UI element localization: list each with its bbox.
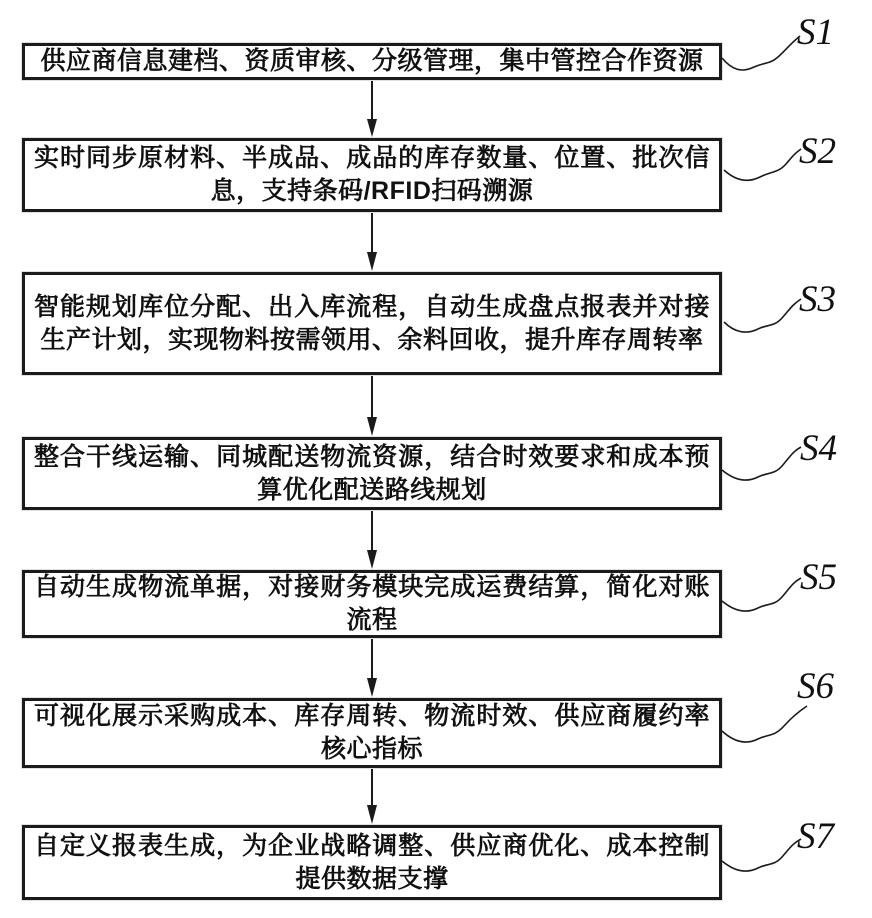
- step-label-s6: S6: [797, 668, 834, 705]
- step-text-s4: 整合干线运输、同城配送物流资源，结合时效要求和成本预算优化配送路线规划: [34, 441, 710, 507]
- step-text-s3: 智能规划库位分配、出入库流程，自动生成盘点报表并对接生产计划，实现物料按需领用、…: [34, 291, 710, 357]
- step-label-s2: S2: [799, 133, 836, 170]
- step-label-s5: S5: [800, 559, 837, 596]
- down-arrow-icon-2: [367, 213, 377, 271]
- step-label-s1: S1: [797, 14, 834, 51]
- step-box-s5: 自动生成物流单据，对接财务模块完成运费结算，简化对账流程: [22, 570, 722, 638]
- step-text-s6: 可视化展示采购成本、库存周转、物流时效、供应商履约率核心指标: [34, 700, 710, 766]
- flowchart-figure: 供应商信息建档、资质审核、分级管理，集中管控合作资源 实时同步原材料、半成品、成…: [0, 0, 872, 918]
- down-arrow-icon-5: [367, 639, 377, 697]
- leader-line-s3: [724, 299, 801, 332]
- leader-line-s7: [722, 839, 801, 871]
- step-text-s7: 自定义报表生成，为企业战略调整、供应商优化、成本控制提供数据支撑: [34, 830, 710, 896]
- step-box-s4: 整合干线运输、同城配送物流资源，结合时效要求和成本预算优化配送路线规划: [22, 437, 722, 510]
- leader-line-s4: [722, 447, 801, 480]
- down-arrow-icon-3: [367, 376, 377, 436]
- leader-line-s6: [722, 706, 807, 742]
- down-arrow-icon-6: [367, 769, 377, 824]
- leader-line-s2: [724, 149, 801, 180]
- step-box-s1: 供应商信息建档、资质审核、分级管理，集中管控合作资源: [22, 43, 722, 80]
- step-box-s2: 实时同步原材料、半成品、成品的库存数量、位置、批次信息，支持条码/RFID扫码溯…: [22, 138, 722, 212]
- step-text-s5: 自动生成物流单据，对接财务模块完成运费结算，简化对账流程: [34, 571, 710, 637]
- down-arrow-icon-4: [367, 511, 377, 569]
- step-box-s7: 自定义报表生成，为企业战略调整、供应商优化、成本控制提供数据支撑: [22, 825, 722, 900]
- step-label-s7: S7: [797, 818, 834, 855]
- down-arrow-icon-1: [367, 81, 377, 137]
- leader-line-s1: [722, 36, 800, 70]
- step-label-s4: S4: [800, 430, 837, 467]
- step-text-s1: 供应商信息建档、资质审核、分级管理，集中管控合作资源: [34, 45, 710, 78]
- step-text-s2: 实时同步原材料、半成品、成品的库存数量、位置、批次信息，支持条码/RFID扫码溯…: [34, 142, 710, 208]
- leader-line-s5: [722, 578, 801, 611]
- step-box-s6: 可视化展示采购成本、库存周转、物流时效、供应商履约率核心指标: [22, 698, 722, 768]
- step-box-s3: 智能规划库位分配、出入库流程，自动生成盘点报表并对接生产计划，实现物料按需领用、…: [22, 272, 722, 375]
- step-label-s3: S3: [799, 281, 836, 318]
